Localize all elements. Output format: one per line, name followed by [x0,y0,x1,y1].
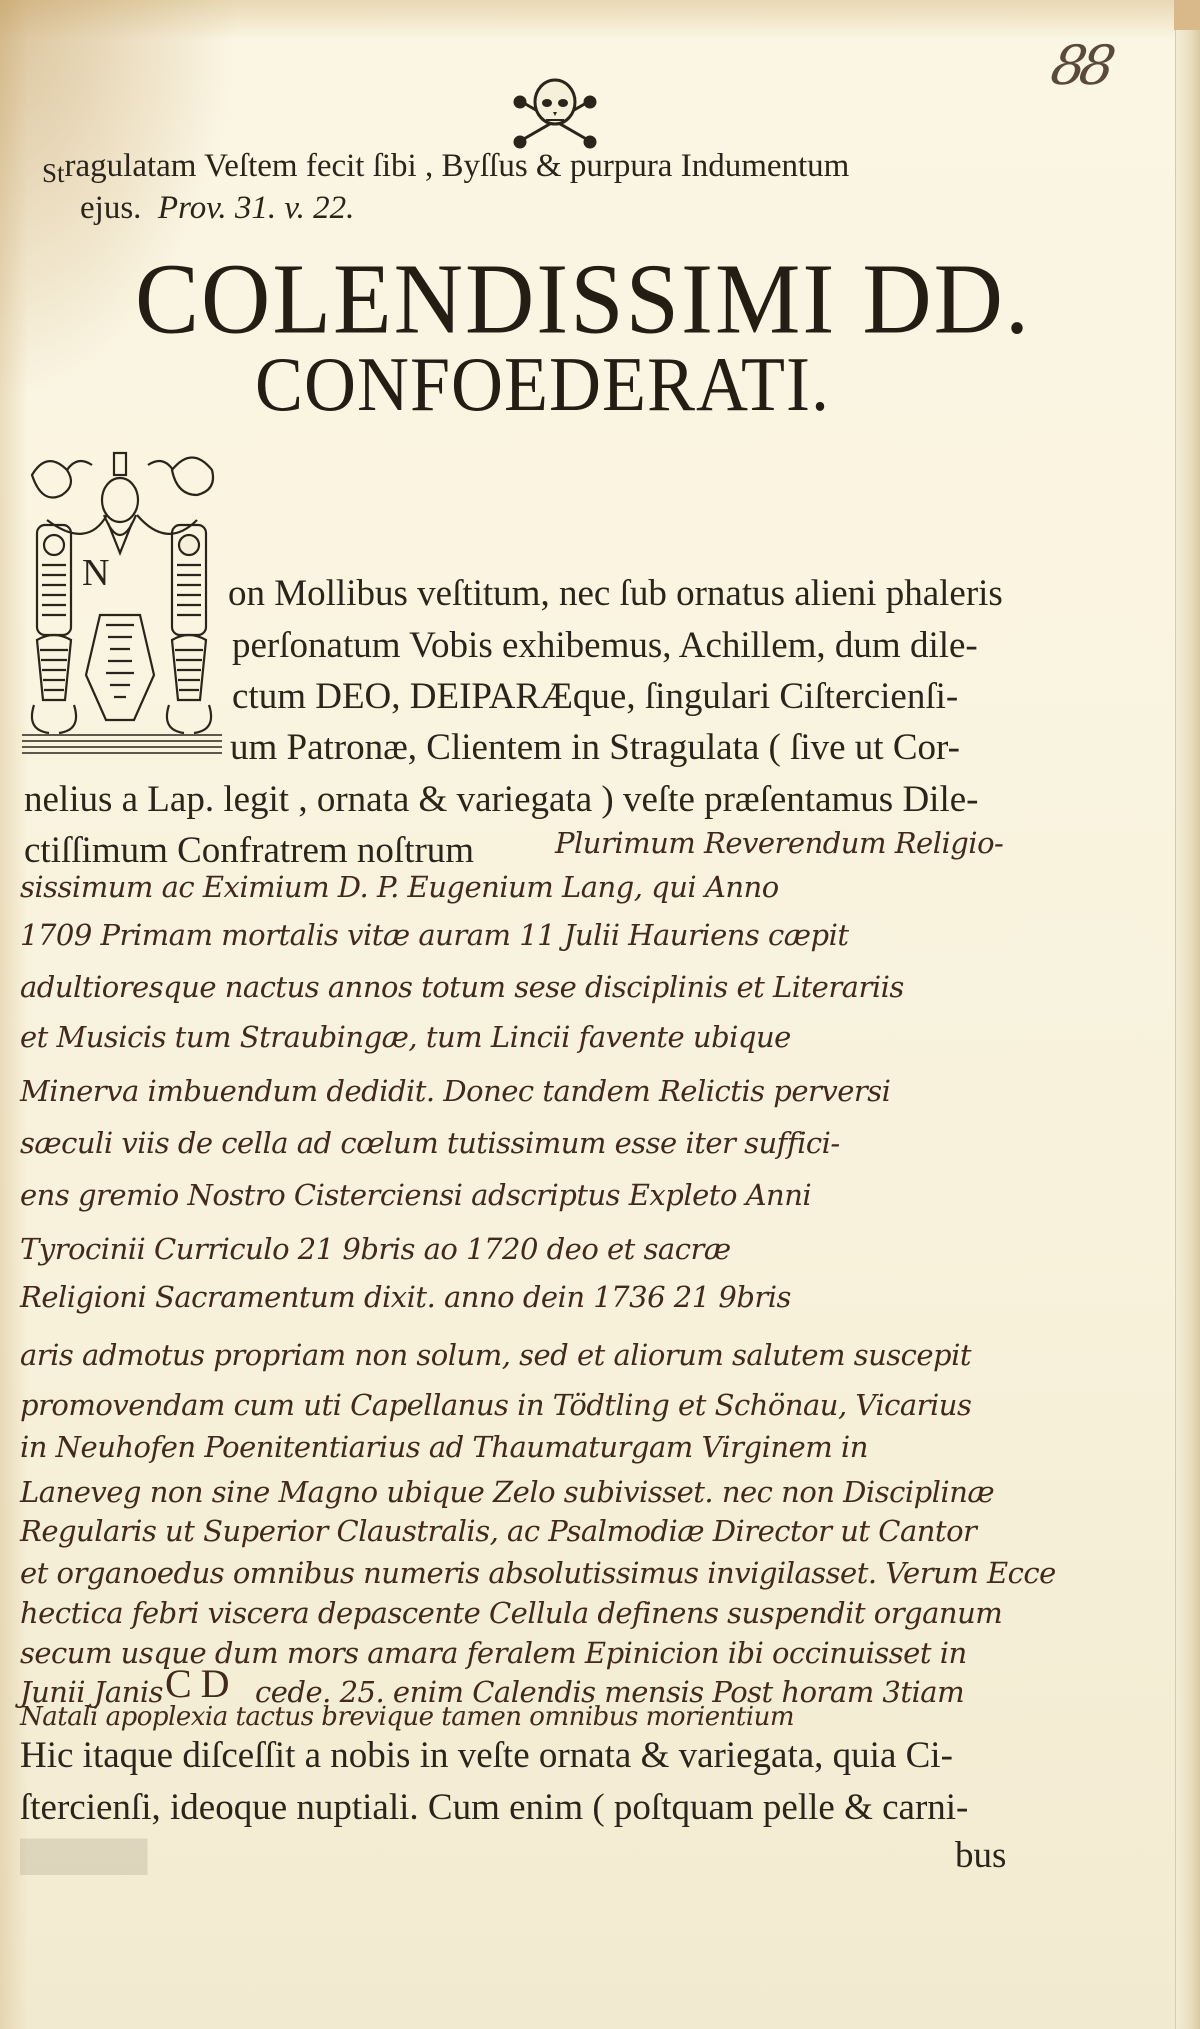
bible-citation: Prov. 31. v. 22. [158,190,354,226]
skull-crossbones-icon [510,72,600,152]
handwritten-line: aris admotus propriam non solum, sed et … [20,1338,971,1372]
woodcut-initial-icon: N [22,445,222,757]
epigraph-text: ragulatam Veſtem fecit ſibi , Byſſus & p… [65,148,850,184]
handwritten-line: et organoedus omnibus numeris absolutiss… [20,1556,1056,1590]
printed-line: nelius a Lap. legit , ornata & variegata… [24,774,978,825]
handwritten-line: adultioresque nactus annos totum sese di… [20,970,904,1004]
printed-line: um Patronæ, Clientem in Stragulata ( ſiv… [230,722,960,773]
printed-line: Hic itaque diſceſſit a nobis in veſte or… [20,1730,953,1781]
handwritten-line: secum usque dum mors amara feralem Epini… [20,1636,967,1670]
handwritten-line: Laneveg non sine Magno ubique Zelo subiv… [20,1475,994,1509]
printed-line: on Mollibus veſtitum, nec ſub ornatus al… [228,568,1003,619]
epigraph-text-2: ejus. [80,190,141,226]
handwritten-line: Plurimum Reverendum Religio- [555,826,1003,860]
handwritten-line: et Musicis tum Straubingæ, tum Lincii fa… [20,1020,791,1054]
handwritten-line: sissimum ac Eximium D. P. Eugenium Lang,… [20,870,779,904]
manuscript-page: 88 Stragulatam Veſtem fecit ſibi , Byſſu… [0,0,1200,2029]
handwritten-initials: C D [165,1660,229,1707]
handwritten-line: hectica febri viscera depascente Cellula… [20,1596,1002,1630]
printed-line: perſonatum Vobis exhibemus, Achillem, du… [232,620,978,671]
catchword: bus [955,1830,1006,1881]
handwritten-line: Regularis ut Superior Claustralis, ac Ps… [20,1514,976,1548]
printed-line: ſtercienſi, ideoque nuptiali. Cum enim (… [20,1782,968,1833]
page-edge [1175,0,1200,2029]
folio-number: 88 [1046,34,1114,97]
epigraph-line-2: ejus. Prov. 31. v. 22. [80,190,354,227]
handwritten-line: sæculi viis de cella ad cœlum tutissimum… [20,1126,840,1160]
handwritten-line: Religioni Sacramentum dixit. anno dein 1… [20,1280,791,1314]
epigraph-line-1: Stragulatam Veſtem fecit ſibi , Byſſus &… [42,148,849,185]
printed-line: ctiſſimum Confratrem noſtrum [24,825,474,876]
epigraph-initial: St [42,158,65,188]
handwritten-line: ens gremio Nostro Cisterciensi adscriptu… [20,1178,811,1212]
handwritten-line: in Neuhofen Poenitentiarius ad Thaumatur… [20,1430,868,1464]
drop-cap-letter: N [82,552,109,594]
handwritten-line: Minerva imbuendum dedidit. Donec tandem … [20,1074,890,1108]
handwritten-line: Natali apoplexia tactus brevique tamen o… [20,1702,794,1732]
page-subtitle: CONFOEDERATI. [255,340,830,430]
page-edge-stain [1174,0,1200,30]
bleed-through-text: ██████ [20,1840,148,1874]
printed-line: ctum DEO, DEIPARÆque, ſingulari Ciſterci… [232,671,958,722]
handwritten-line: 1709 Primam mortalis vitæ auram 11 Julii… [20,918,849,952]
handwritten-line: Tyrocinii Curriculo 21 9bris ao 1720 deo… [20,1232,731,1266]
handwritten-line: promovendam cum uti Capellanus in Tödtli… [20,1388,971,1422]
